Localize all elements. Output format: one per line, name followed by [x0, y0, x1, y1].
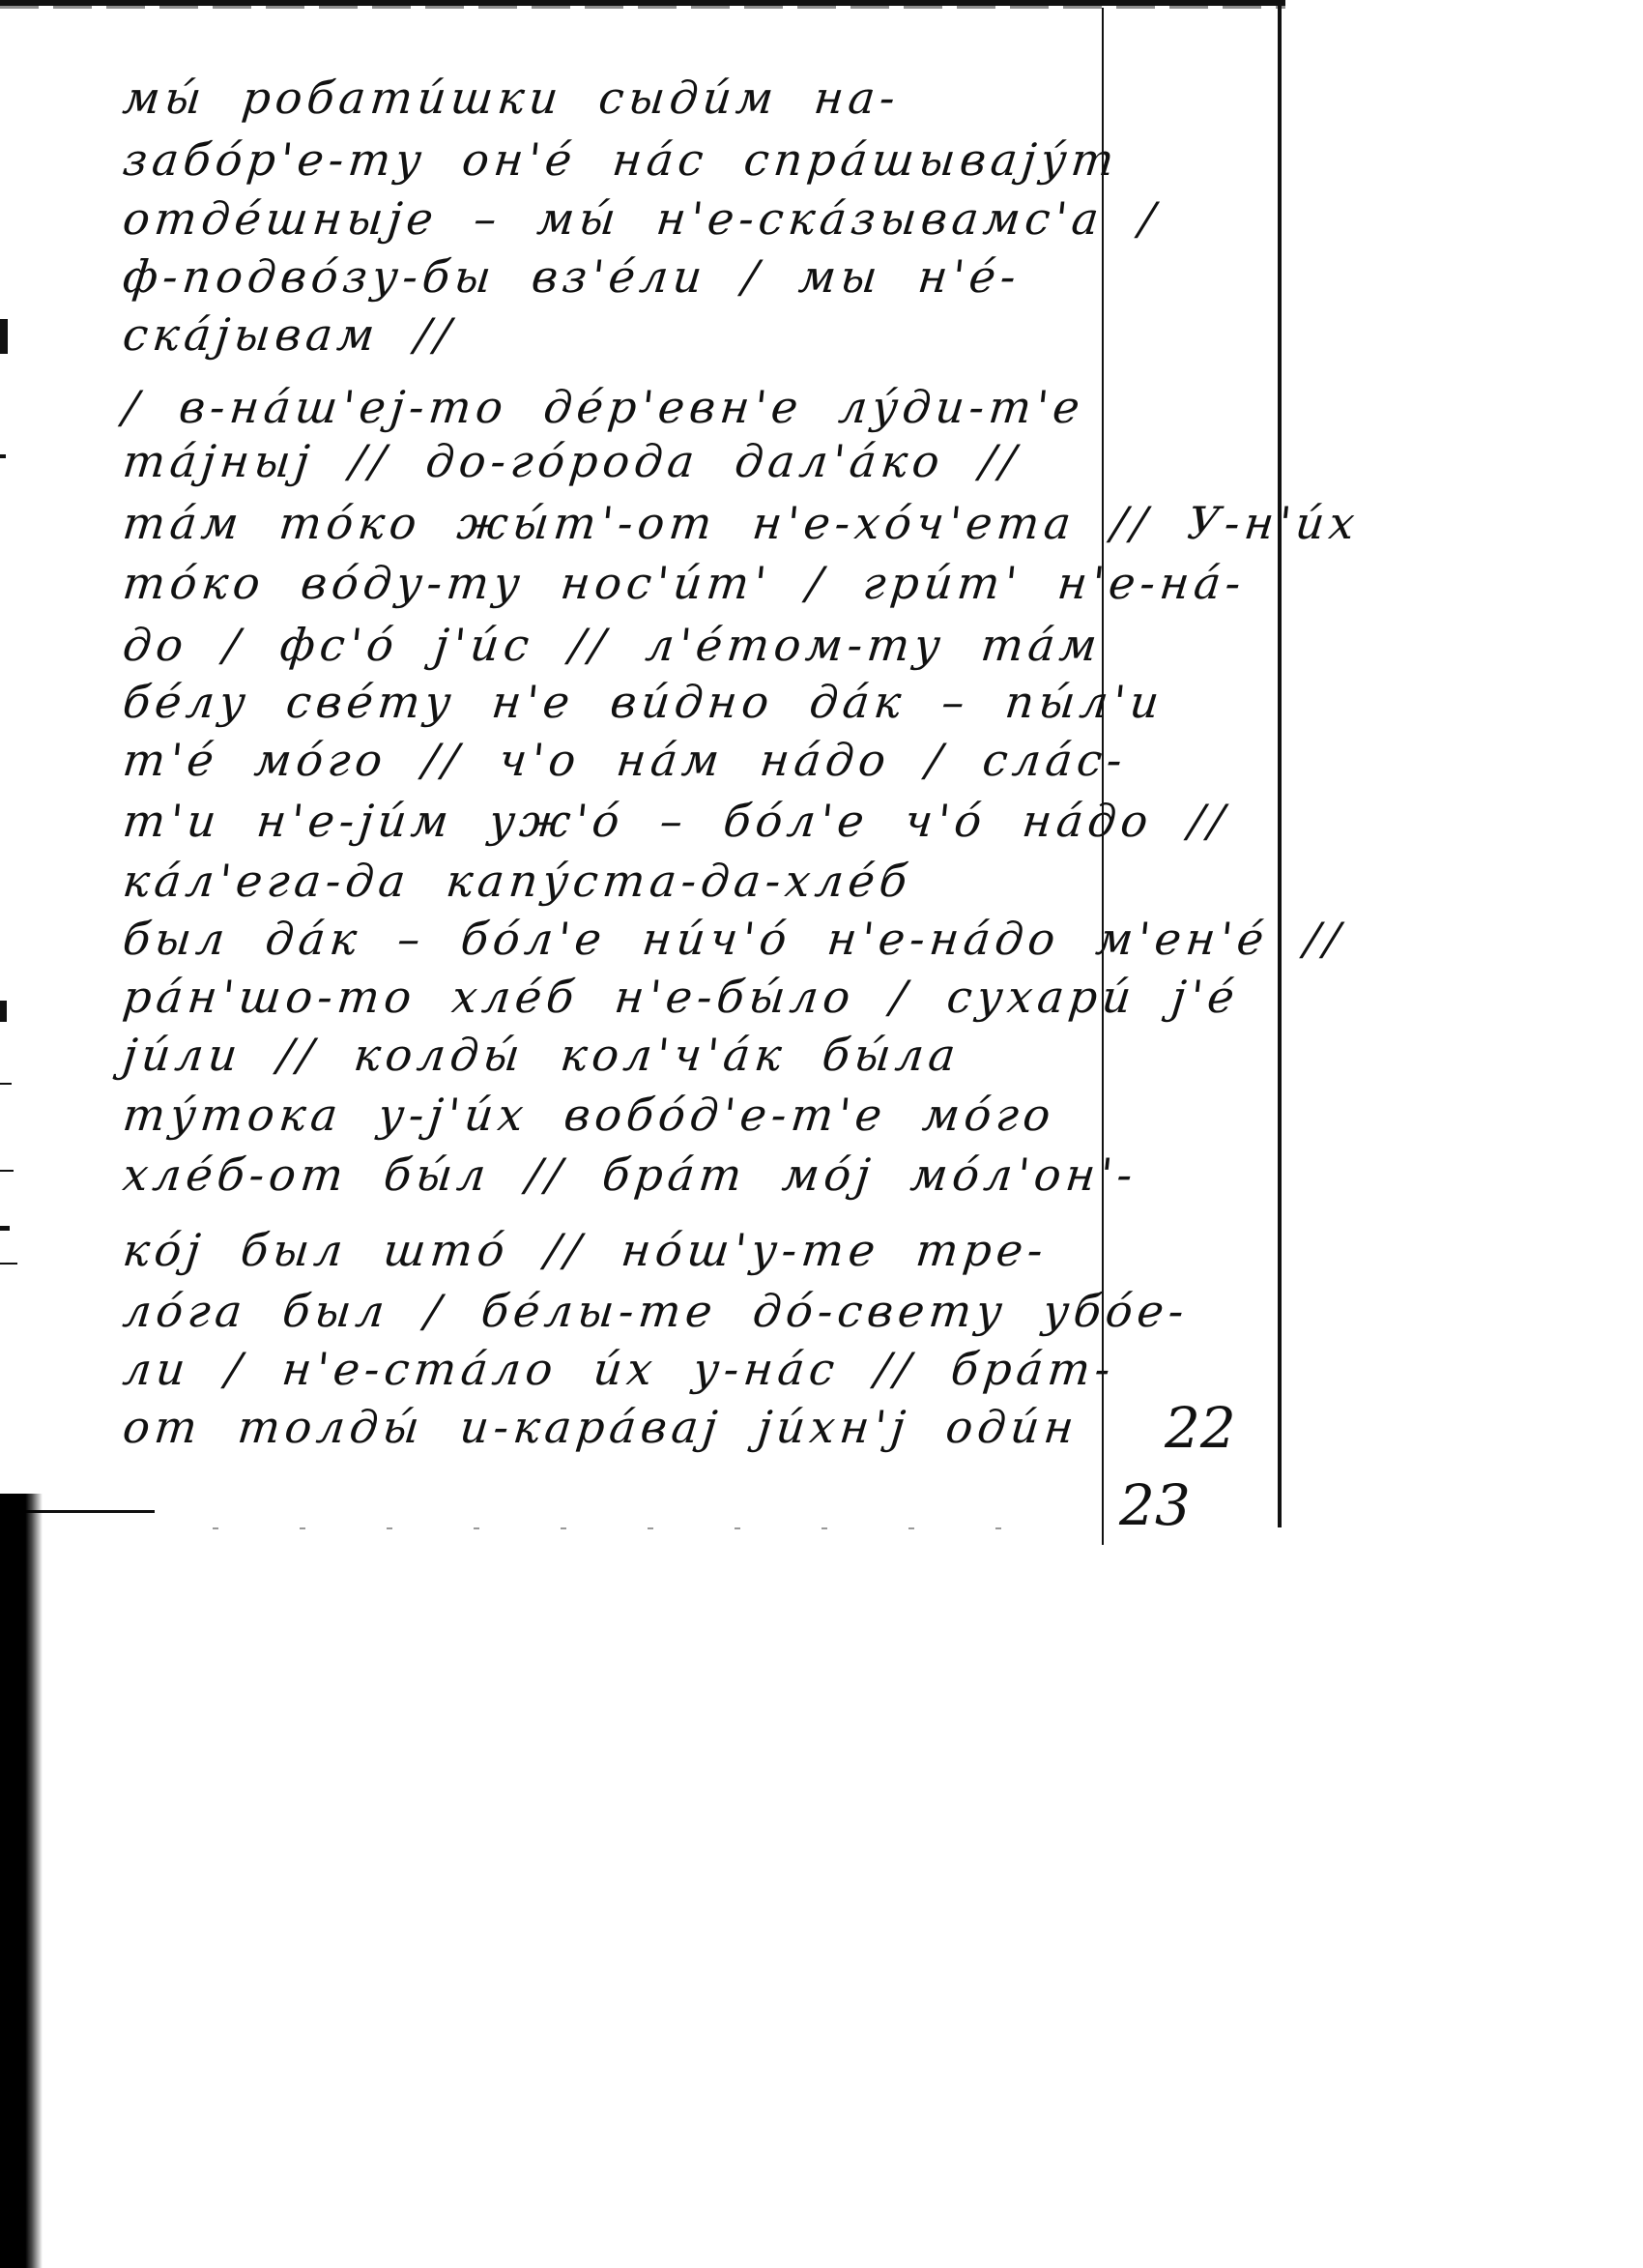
left-edge-mark — [0, 319, 8, 354]
page-number-current: 23 — [1119, 1477, 1191, 1533]
text-line: т'е́ мо́го // ч'о на́м на́до / сла́с- — [121, 738, 1129, 782]
text-line: до / фс'о́ ј'и́с // л'е́том-ту та́м — [121, 623, 1104, 667]
binding-shadow — [0, 1494, 43, 2268]
text-line: та́јныј // до-го́рода дал'а́ко // — [121, 439, 1023, 483]
text-line: ф-подво́зу-бы вз'е́ли / мы н'е́- — [121, 254, 1023, 299]
page-edge-rule — [1278, 0, 1282, 1527]
scanned-page: мы́ робати́шки сыди́м на- забо́р'е-ту он… — [0, 0, 1643, 2268]
text-line: ка́л'ега-да капу́ста-да-хле́б — [121, 858, 914, 903]
text-line: ра́н'шо-то хле́б н'е-бы́ло / сухари́ ј'е… — [121, 974, 1241, 1019]
text-line: ту́тока у-ј'и́х вобо́д'е-т'е мо́го — [121, 1092, 1057, 1137]
text-line: та́м то́ко жы́т'-от н'е-хо́ч'ета // У-н'… — [121, 501, 1362, 545]
text-line: ска́јывам // — [121, 312, 457, 357]
scan-top-edge-noise — [0, 6, 1285, 9]
left-edge-mark — [0, 1001, 7, 1022]
text-line: ло́га был / бе́лы-те до́-свету убо́е- — [121, 1289, 1191, 1333]
left-edge-mark — [0, 1170, 14, 1172]
text-line: ко́ј был што́ // но́ш'у-те тре- — [121, 1228, 1050, 1272]
text-line: / в-на́ш'еј-то де́р'евн'е лу́ди-т'е — [121, 385, 1086, 429]
left-edge-mark — [0, 1083, 12, 1085]
text-line: отде́шныје – мы́ н'е-ска́зывамс'а / — [121, 196, 1162, 241]
left-edge-mark — [0, 454, 6, 458]
page-number-old: 22 — [1165, 1400, 1236, 1456]
left-edge-mark — [0, 1226, 10, 1231]
text-line: т'и н'е-ји́м уж'о́ – бо́л'е ч'о́ на́до /… — [121, 799, 1231, 843]
left-edge-mark — [0, 1263, 17, 1265]
text-line: ји́ли // колды́ кол'ч'а́к бы́ла — [121, 1032, 963, 1077]
text-line: то́ко во́ду-ту нос'и́т' / гри́т' н'е-на́… — [121, 561, 1248, 605]
text-line: хле́б-от бы́л // бра́т мо́ј мо́л'он'- — [121, 1152, 1139, 1197]
text-line: забо́р'е-ту он'е́ на́с спра́шывају́т — [121, 137, 1121, 182]
text-line: бе́лу све́ту н'е ви́дно да́к – пы́л'и — [121, 680, 1166, 724]
text-line: от толды́ и-кара́вај ји́хн'ј оди́н — [121, 1405, 1081, 1449]
text-line: мы́ робати́шки сыди́м на- — [121, 75, 902, 120]
text-line: был да́к – бо́л'е ни́ч'о́ н'е-на́до м'ен… — [121, 916, 1346, 961]
scan-noise-dots — [213, 1527, 1082, 1529]
text-line: ли / н'е-ста́ло и́х у-на́с // бра́т- — [121, 1347, 1117, 1391]
